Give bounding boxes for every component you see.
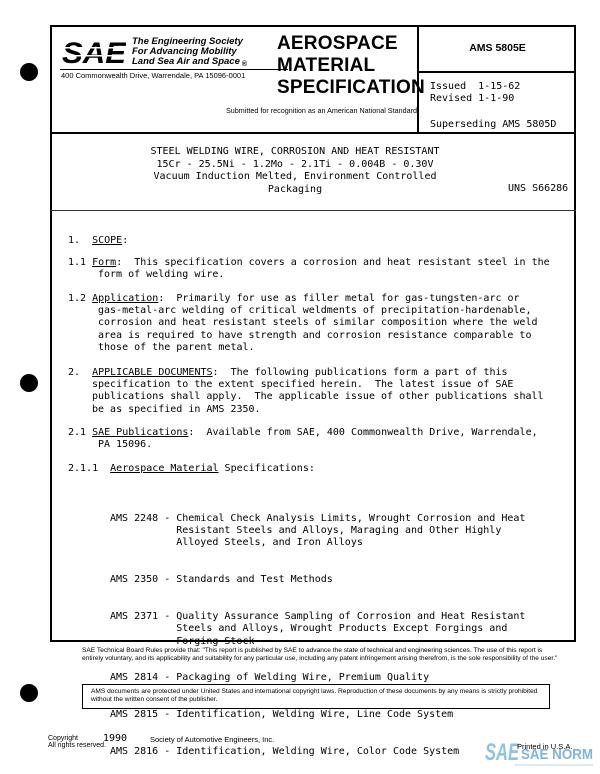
section-text: : Primarily for use as filler metal for … [158,293,519,304]
reference-desc: Identification, Welding Wire, Color Code… [176,746,459,757]
section-2-1: 2.1 SAE Publications: Available from SAE… [68,427,538,439]
tagline-text: Land Sea Air and Space [132,56,240,67]
reference-desc: Standards and Test Methods [176,574,333,585]
reference-code: AMS 2814 [110,672,158,683]
submitted-note: Submitted for recognition as an American… [226,106,417,115]
section-number: 2. [68,367,80,378]
section-1-1: 1.1 Form: This specification covers a co… [68,257,550,269]
logo-underline [60,69,288,70]
section-number: 1.2 [68,293,86,304]
reference-code: AMS 2371 [110,611,158,622]
section-suffix: Specifications: [219,463,315,474]
issued-date: Issued 1-15-62 [430,81,520,93]
rights-reserved: All rights reserved. [48,742,106,749]
section-title: SAE Publications [92,427,188,438]
section-number: 1.1 [68,257,86,268]
doc-type-line-1: AEROSPACE [277,33,425,55]
reference-code: AMS 2815 [110,709,158,720]
org-address: 400 Commonwealth Drive, Warrendale, PA 1… [61,71,245,80]
section-number: 2.1.1 [68,463,98,474]
doc-number: AMS 5805E [419,25,576,71]
section-2-1-continued: PA 15096. [98,439,152,451]
reference-desc: Chemical Check Analysis Limits, Wrought … [110,513,525,549]
punch-hole-middle [20,374,38,392]
header-divider-right [417,71,576,73]
section-title: Application [92,293,158,304]
registered-mark: ® [242,61,247,68]
spec-title: STEEL WELDING WIRE, CORROSION AND HEAT R… [130,146,460,196]
doc-type-line-2: MATERIAL [277,55,425,77]
revised-date: Revised 1-1-90 [430,93,520,105]
section-text: : Available from SAE, 400 Commonwealth D… [188,427,537,438]
section-1-2: 1.2 Application: Primarily for use as fi… [68,293,520,305]
doc-type-line-3: SPECIFICATION [277,77,425,99]
sae-logo-icon: SAE [62,38,126,66]
svg-text:SAE: SAE [62,38,126,66]
copyright-notice-box: AMS documents are protected under United… [82,684,550,709]
footer-copyright: Copyright All rights reserved. [48,735,106,749]
reference-desc: Identification, Welding Wire, Line Code … [176,709,453,720]
society-name: Society of Automotive Engineers, Inc. [150,735,274,744]
section-title: SCOPE [92,235,122,246]
section-text: : The following publications form a part… [213,367,508,378]
reference-list: AMS 2248 - Chemical Check Analysis Limit… [110,488,525,771]
reference-desc: Quality Assurance Sampling of Corrosion … [110,611,525,647]
section-1-1-continued: form of welding wire. [98,269,224,281]
printed-in: Printed in U.S.A. [517,742,572,751]
section-text: : This specification covers a corrosion … [116,257,549,268]
reference-code: AMS 2350 [110,574,158,585]
reference-item: AMS 2248 - Chemical Check Analysis Limit… [110,513,525,550]
copyright-label: Copyright [48,735,106,742]
reference-item: AMS 2350 - Standards and Test Methods [110,574,525,586]
title-line-1: STEEL WELDING WIRE, CORROSION AND HEAT R… [130,146,460,159]
reference-item: AMS 2816 - Identification, Welding Wire,… [110,746,525,758]
section-title: APPLICABLE DOCUMENTS [92,367,212,378]
section-title: Form [92,257,116,268]
section-2-continued: specification to the extent specified he… [92,379,544,416]
title-divider [50,210,576,211]
org-tagline: The Engineering Society For Advancing Mo… [132,37,247,70]
title-line-3: Vacuum Induction Melted, Environment Con… [130,171,460,196]
copyright-year: 1990 [103,733,127,744]
superseding: Superseding AMS 5805D [430,119,556,130]
punch-hole-bottom [20,684,38,702]
svg-text:SAE: SAE [485,739,520,766]
header-divider-horizontal [50,132,576,134]
section-2: 2. APPLICABLE DOCUMENTS: The following p… [68,367,508,379]
doc-type-heading: AEROSPACE MATERIAL SPECIFICATION [277,33,425,99]
section-1-heading: 1. SCOPE: [68,235,128,247]
reference-item: AMS 2814 - Packaging of Welding Wire, Pr… [110,672,525,684]
reference-desc: Packaging of Welding Wire, Premium Quali… [176,672,429,683]
issue-dates: Issued 1-15-62Revised 1-1-90 [430,81,520,105]
section-2-1-1: 2.1.1 Aerospace Material Specifications: [68,463,315,475]
reference-item: AMS 2371 - Quality Assurance Sampling of… [110,611,525,648]
uns-number: UNS S66286 [508,183,568,194]
reference-code: AMS 2816 [110,746,158,757]
reference-item: AMS 2815 - Identification, Welding Wire,… [110,709,525,721]
board-rules-note: SAE Technical Board Rules provide that: … [82,647,562,664]
section-1-2-continued: gas-metal-arc welding of critical weldme… [98,305,538,354]
title-line-2: 15Cr - 25.5Ni - 1.2Mo - 2.1Ti - 0.004B -… [130,159,460,172]
section-number: 1. [68,235,80,246]
section-number: 2.1 [68,427,86,438]
section-title: Aerospace Material [110,463,218,474]
section-suffix: : [122,235,128,246]
reference-code: AMS 2248 [110,513,158,524]
punch-hole-top [20,63,38,81]
